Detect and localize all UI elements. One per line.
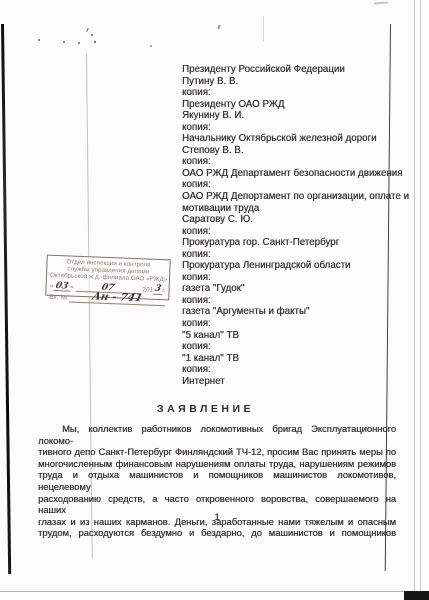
- recipient-line: копия:: [182, 341, 394, 353]
- scan-left-edge-strip: [1, 24, 11, 574]
- scanned-document-page: Президенту Российской Федерации Путину В…: [0, 0, 429, 600]
- scan-speck: [38, 39, 40, 41]
- scan-speck: [150, 45, 152, 47]
- recipient-line: Прокуратура Ленинградской области: [182, 260, 394, 272]
- body-line: Мы, коллектив работников локомотивных бр…: [38, 423, 396, 446]
- recipient-line: копия:: [182, 249, 394, 261]
- recipient-line: газета "Гудок": [182, 283, 394, 295]
- stamp-inbox-number-handwritten: Ан - 741: [69, 292, 165, 307]
- stamp-year-handwritten: 3: [153, 284, 162, 295]
- scan-speck: [78, 42, 80, 44]
- recipient-line: Саратову С. Ю.: [182, 214, 394, 226]
- scan-speck: [218, 25, 220, 29]
- recipient-line: "1 канал" ТВ: [182, 353, 394, 365]
- page-edge-line: [414, 0, 415, 600]
- document-title: ЗАЯВЛЕНИЕ: [157, 403, 254, 415]
- page-edge-line: [420, 0, 422, 600]
- body-line: трудом, расходуются бездумно и бездарно,…: [38, 527, 396, 539]
- stamp-year-suffix: г.: [162, 287, 166, 295]
- scan-speck: [86, 28, 88, 32]
- scan-squiggle: [374, 2, 388, 4]
- recipient-line: копия:: [182, 272, 394, 284]
- recipient-line: Президенту Российской Федерации: [182, 64, 394, 76]
- recipient-line: Начальнику Октябрьской железной дороги: [182, 133, 394, 145]
- recipient-line: Степову В. В.: [182, 145, 394, 157]
- scan-faint-line: [263, 16, 264, 42]
- recipient-line: Президенту ОАО РЖД: [182, 99, 394, 111]
- scan-speck: [91, 34, 93, 36]
- recipient-block: Президенту Российской Федерации Путину В…: [182, 64, 394, 387]
- scan-corner-bar: [404, 591, 429, 600]
- recipient-line: мотивации труда: [182, 203, 394, 215]
- stamp-quote-close: »: [70, 284, 74, 292]
- stamp-inbox-label: Вх. №: [49, 294, 67, 303]
- recipient-line: копия:: [182, 364, 394, 376]
- recipient-line: Якунину В. И.: [182, 110, 394, 122]
- recipient-line: Интернет: [182, 376, 394, 388]
- recipient-line: копия:: [182, 226, 394, 238]
- body-line: тивного депо Санкт-Петербург Финляндский…: [38, 446, 396, 458]
- recipient-line: копия:: [182, 179, 394, 191]
- recipient-line: ОАО РЖД Депортамент по организации, опла…: [182, 191, 394, 203]
- body-line: труда и отдыха машинистов и помощников м…: [38, 469, 396, 492]
- recipient-line: "5 канал" ТВ: [182, 330, 394, 342]
- recipient-line: копия:: [182, 122, 394, 134]
- scan-speck: [94, 41, 96, 43]
- recipient-line: копия:: [182, 318, 394, 330]
- page-number: 1: [38, 512, 396, 523]
- recipient-line: Прокуратура гор. Санкт-Петербург: [182, 237, 394, 249]
- recipient-line: газета "Аргументы и факты": [182, 306, 394, 318]
- scan-speck: [63, 41, 65, 43]
- stamp-day-handwritten: 03: [53, 281, 70, 292]
- recipient-line: копия:: [182, 156, 394, 168]
- recipient-line: ОАО РЖД Департамент безопасности движени…: [182, 168, 394, 180]
- recipient-line: копия:: [182, 87, 394, 99]
- recipient-line: копия:: [182, 295, 394, 307]
- recipient-line: Путину В. В.: [182, 76, 394, 88]
- registration-stamp: Отдел инспекции и контроля службы управл…: [45, 255, 170, 301]
- body-line: многочисленным финансовым нарушениям опл…: [38, 458, 396, 470]
- page-bottom-edge-line: [0, 591, 416, 592]
